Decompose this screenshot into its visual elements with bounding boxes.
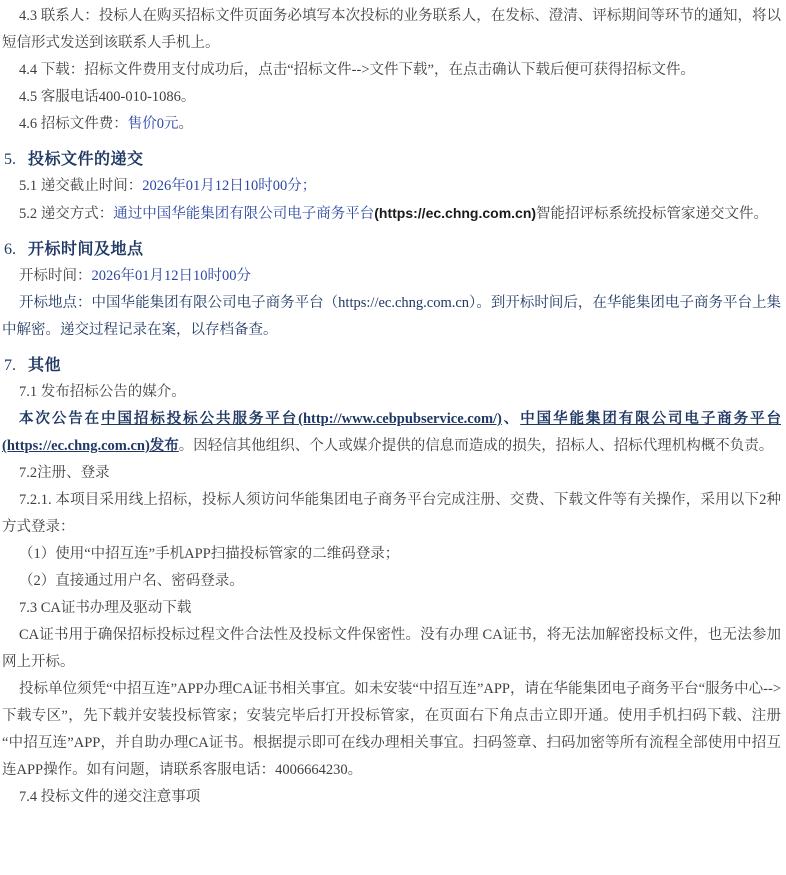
media-prefix: 本次公告在 — [19, 411, 101, 427]
para-submission-deadline: 5.1 递交截止时间：2026年01月12日10时00分； — [2, 173, 781, 200]
section-6-title: 开标时间及地点 — [28, 241, 144, 258]
para-download-instruction: 4.4 下载：招标文件费用支付成功后，点击“招标文件-->文件下载”，在点击确认… — [2, 57, 781, 84]
para-online-bidding: 7.2.1. 本项目采用线上招标，投标人须访问华能集团电子商务平台完成注册、交费… — [2, 487, 781, 541]
section-5-title: 投标文件的递交 — [28, 151, 144, 168]
para-bid-opening-place: 开标地点：中国华能集团有限公司电子商务平台（https://ec.chng.co… — [2, 290, 781, 344]
deadline-value: 2026年01月12日10时00分； — [142, 178, 316, 194]
para-ca-cert-apply: 投标单位须凭“中招互连”APP办理CA证书相关事宜。如未安装“中招互连”APP，… — [2, 676, 781, 784]
opening-time-value: 2026年01月12日10时00分 — [92, 268, 252, 284]
para-login-method-2: （2）直接通过用户名、密码登录。 — [2, 568, 781, 595]
para-ca-cert-title: 7.3 CA证书办理及驱动下载 — [2, 595, 781, 622]
media-disclaimer: 。因轻信其他组织、个人或媒介提供的信息而造成的损失，招标人、招标代理机构概不负责… — [179, 438, 774, 454]
para-contact-person: 4.3 联系人：投标人在购买招标文件页面务必填写本次投标的业务联系人，在发标、澄… — [2, 3, 781, 57]
method-label: 5.2 递交方式： — [19, 206, 113, 222]
media-separator: 、 — [502, 411, 520, 427]
para-login-method-1: （1）使用“中招互连”手机APP扫描投标管家的二维码登录； — [2, 541, 781, 568]
section-6-number: 6. — [4, 241, 16, 258]
deadline-label: 5.1 递交截止时间： — [19, 178, 142, 194]
section-5-heading: 5.投标文件的递交 — [2, 146, 781, 173]
para-bid-opening-time: 开标时间：2026年01月12日10时00分 — [2, 263, 781, 290]
document-fee-period: 。 — [179, 116, 194, 132]
method-rest: 智能招评标系统投标管家递交文件。 — [536, 206, 768, 222]
section-7-number: 7. — [4, 357, 16, 374]
link-cebpubservice[interactable]: 中国招标投标公共服务平台(http://www.cebpubservice.co… — [101, 411, 502, 427]
para-media-title: 7.1 发布招标公告的媒介。 — [2, 379, 781, 406]
document-fee-value: 售价0元 — [128, 116, 179, 132]
section-7-heading: 7.其他 — [2, 352, 781, 379]
section-7-title: 其他 — [28, 357, 61, 374]
para-announcement-media: 本次公告在中国招标投标公共服务平台(http://www.cebpubservi… — [2, 406, 781, 460]
section-5-number: 5. — [4, 151, 16, 168]
para-ca-cert-purpose: CA证书用于确保招标投标过程文件合法性及投标文件保密性。没有办理 CA证书，将无… — [2, 622, 781, 676]
para-register-login-title: 7.2注册、登录 — [2, 460, 781, 487]
para-submission-method: 5.2 递交方式：通过中国华能集团有限公司电子商务平台(https://ec.c… — [2, 200, 781, 228]
document-fee-label: 4.6 招标文件费： — [19, 116, 128, 132]
section-6-heading: 6.开标时间及地点 — [2, 236, 781, 263]
platform-url: (https://ec.chng.com.cn) — [374, 205, 536, 221]
tender-notice-document: 4.3 联系人：投标人在购买招标文件页面务必填写本次投标的业务联系人，在发标、澄… — [0, 0, 786, 875]
para-submission-notes-title: 7.4 投标文件的递交注意事项 — [2, 784, 781, 811]
opening-time-label: 开标时间： — [19, 268, 92, 284]
platform-name: 通过中国华能集团有限公司电子商务平台 — [113, 206, 374, 222]
para-service-phone: 4.5 客服电话400-010-1086。 — [2, 84, 781, 111]
para-document-fee: 4.6 招标文件费：售价0元。 — [2, 111, 781, 138]
